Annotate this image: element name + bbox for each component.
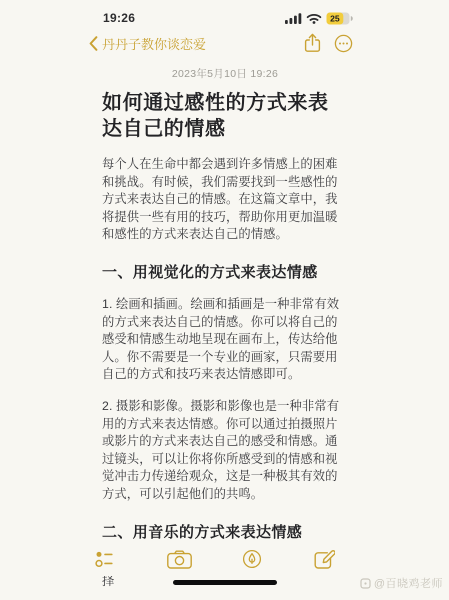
signal-bars-icon: [285, 13, 302, 24]
status-bar: 19:26: [85, 0, 365, 27]
chevron-left-icon: [89, 36, 98, 51]
bottom-toolbar: [85, 542, 365, 576]
watermark: @百晓鸡老师: [360, 575, 443, 591]
battery-icon: 25: [326, 12, 353, 25]
checklist-icon: [95, 550, 116, 569]
note-title: 如何通过感性的方式来表达自己的情感: [102, 90, 348, 142]
note-body: 每个人在生命中都会遇到许多情感上的困难和挑战。有时候，我们需要找到一些感性的方式…: [102, 156, 348, 591]
note-date: 2023年5月10日 19:26: [102, 66, 348, 81]
back-label: 丹丹子教你谈恋爱: [102, 34, 206, 53]
note-heading: 一、用视觉化的方式来表达情感: [102, 261, 348, 282]
back-button[interactable]: 丹丹子教你谈恋爱: [89, 34, 206, 53]
watermark-logo-icon: [360, 578, 371, 589]
checklist-button[interactable]: [95, 550, 116, 569]
camera-icon: [167, 550, 192, 569]
note-paragraph: 每个人在生命中都会遇到许多情感上的困难和挑战。有时候，我们需要找到一些感性的方式…: [102, 156, 348, 244]
screenshot-canvas: 19:26: [0, 0, 449, 600]
more-button[interactable]: [334, 34, 353, 53]
compose-icon: [313, 549, 335, 570]
note-editor[interactable]: 2023年5月10日 19:26 如何通过感性的方式来表达自己的情感 每个人在生…: [85, 57, 365, 600]
note-paragraph: 1. 绘画和插画。绘画和插画是一种非常有效的方式来表达自己的情感。你可以将自己的…: [102, 296, 348, 384]
markup-button[interactable]: [242, 549, 262, 569]
home-indicator[interactable]: [173, 580, 277, 585]
compose-button[interactable]: [313, 549, 335, 570]
nav-bar: 丹丹子教你谈恋爱: [85, 27, 365, 57]
camera-button[interactable]: [167, 550, 192, 569]
phone-screen: 19:26: [85, 0, 365, 600]
note-heading: 二、用音乐的方式来表达情感: [102, 521, 348, 542]
ellipsis-circle-icon: [334, 34, 353, 53]
wifi-icon: [306, 13, 322, 24]
nav-actions: [304, 33, 353, 53]
share-button[interactable]: [304, 33, 321, 53]
battery-percent: 25: [330, 13, 340, 23]
status-icons: 25: [285, 12, 353, 25]
status-time: 19:26: [103, 11, 135, 25]
note-paragraph: 2. 摄影和影像。摄影和影像也是一种非常有用的方式来表达情感。你可以通过拍摄照片…: [102, 398, 348, 504]
share-icon: [304, 33, 321, 53]
watermark-text: @百晓鸡老师: [374, 575, 443, 591]
markup-pen-icon: [242, 549, 262, 569]
